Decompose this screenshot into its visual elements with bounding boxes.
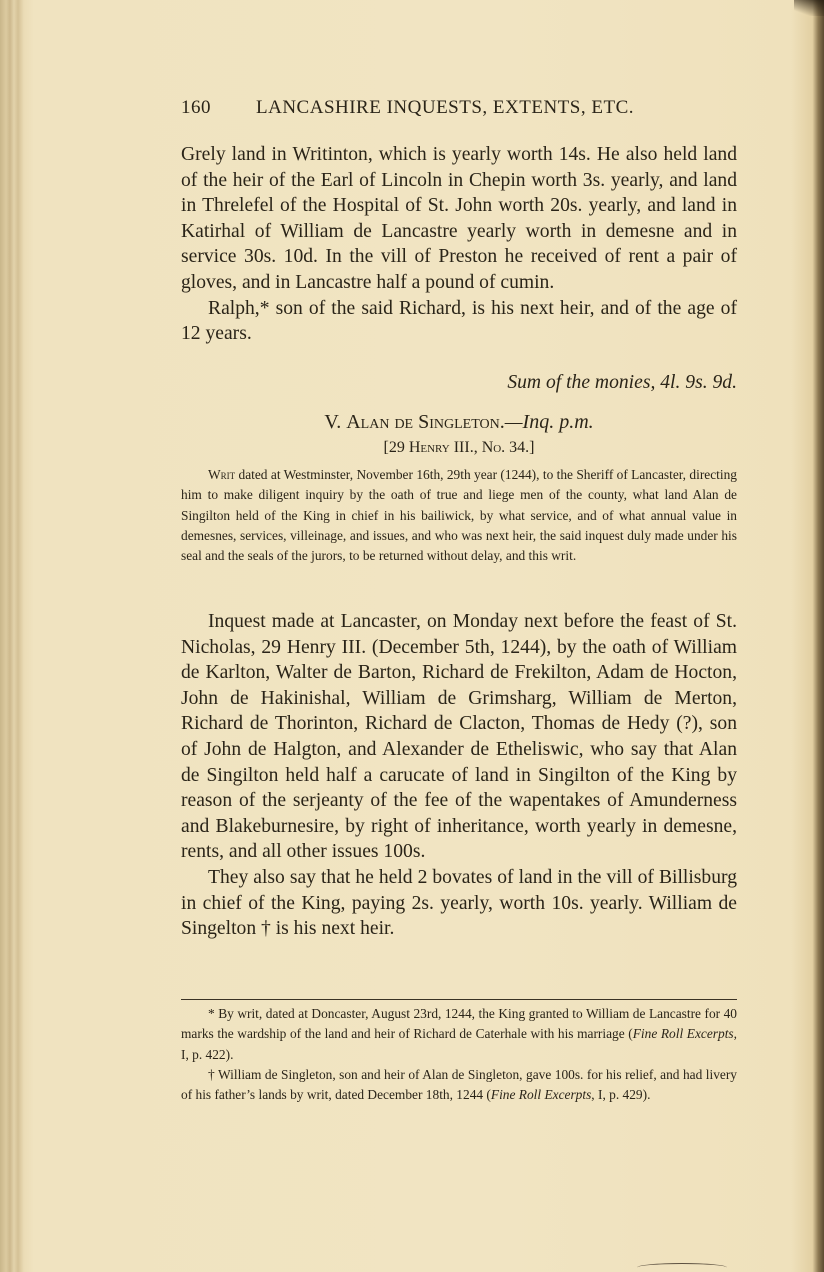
running-title: LANCASHIRE INQUESTS, EXTENTS, ETC. [256,97,634,119]
continuation-paragraph: Grely land in Writinton, which is yearly… [181,142,737,296]
citation: Fine Roll Excerpts [633,1026,734,1041]
footnotes: * By writ, dated at Doncaster, August 23… [181,1004,737,1105]
writ-text: dated at Westminster, November 16th, 29t… [181,467,737,563]
running-head: 160 LANCASHIRE INQUESTS, EXTENTS, ETC. [181,97,737,123]
footnote-divider [181,999,737,1000]
inquest-paragraph-2: They also say that he held 2 bovates of … [181,865,737,942]
pencil-mark [637,1263,727,1272]
footnote-marker: * [208,1006,215,1021]
inquest-paragraph-1: Inquest made at Lancaster, on Monday nex… [181,609,737,865]
sum-amount: 4l. 9s. 9d. [660,372,737,393]
footnote-1: * By writ, dated at Doncaster, August 23… [181,1004,737,1065]
book-page: 160 LANCASHIRE INQUESTS, EXTENTS, ETC. G… [0,0,824,1272]
footnote-marker: † [208,1067,215,1082]
sum-label: Sum of the monies, [507,372,655,393]
section-heading: V. Alan de Singleton.—Inq. p.m. [181,410,737,436]
page-number: 160 [181,97,211,119]
writ-lead: Writ [208,467,235,482]
continuation-block: Grely land in Writinton, which is yearly… [181,142,737,347]
section-numeral: V. [324,411,341,433]
section-suffix: —Inq. p.m. [505,411,594,433]
writ-paragraph: Writ dated at Westminster, November 16th… [181,465,737,566]
section-reference: [29 Henry III., No. 34.] [181,435,737,461]
inquest-block: Inquest made at Lancaster, on Monday nex… [181,609,737,942]
citation: Fine Roll Excerpts [491,1087,591,1102]
section-name: Alan de Singleton. [346,411,505,433]
page-edge-shadow [794,0,824,16]
footnote-2: † William de Singleton, son and heir of … [181,1065,737,1106]
sum-line: Sum of the monies, 4l. 9s. 9d. [181,370,763,396]
heir-paragraph: Ralph,* son of the said Richard, is his … [181,296,737,347]
